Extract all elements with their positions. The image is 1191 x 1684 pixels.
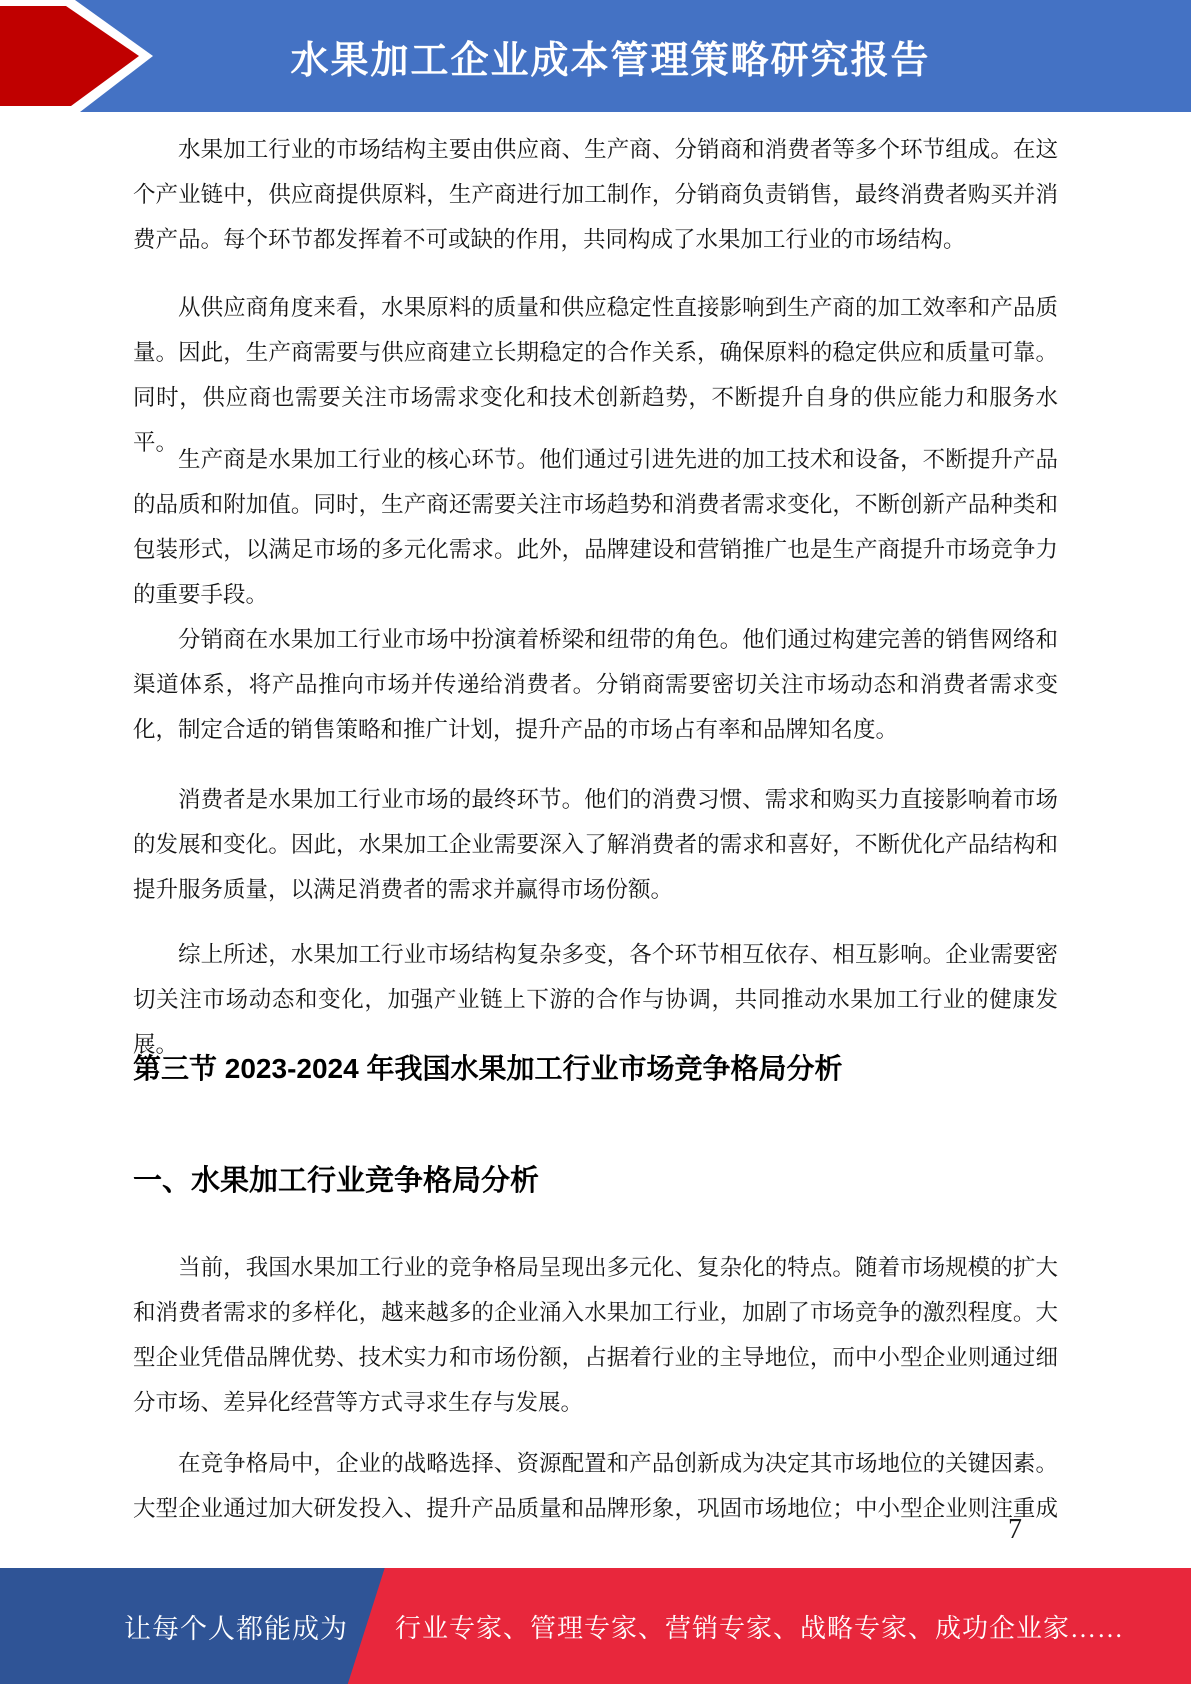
section-heading: 第三节 2023-2024 年我国水果加工行业市场竞争格局分析 <box>133 1048 1058 1090</box>
page-header: 水果加工企业成本管理策略研究报告 <box>0 0 1191 112</box>
document-page: 水果加工企业成本管理策略研究报告 水果加工行业的市场结构主要由供应商、生产商、分… <box>0 0 1191 1684</box>
subsection-heading: 一、水果加工行业竞争格局分析 <box>133 1160 1058 1202</box>
paragraph-competition-overview: 当前，我国水果加工行业的竞争格局呈现出多元化、复杂化的特点。随着市场规模的扩大和… <box>133 1245 1058 1425</box>
red-chevron-icon <box>0 0 160 112</box>
paragraph-consumer-final: 消费者是水果加工行业市场的最终环节。他们的消费习惯、需求和购买力直接影响着市场的… <box>133 777 1058 912</box>
footer-slogan-left: 让每个人都能成为 <box>0 1568 348 1684</box>
paragraph-distributor-role: 分销商在水果加工行业市场中扮演着桥梁和纽带的角色。他们通过构建完善的销售网络和渠… <box>133 617 1058 752</box>
paragraph-producer-core: 生产商是水果加工行业的核心环节。他们通过引进先进的加工技术和设备，不断提升产品的… <box>133 437 1058 617</box>
page-number: 7 <box>985 1510 1045 1550</box>
page-footer: 让每个人都能成为 行业专家、管理专家、营销专家、战略专家、成功企业家…… <box>0 1568 1191 1684</box>
footer-slogan-right: 行业专家、管理专家、营销专家、战略专家、成功企业家…… <box>395 1568 1124 1684</box>
paragraph-summary: 综上所述，水果加工行业市场结构复杂多变，各个环节相互依存、相互影响。企业需要密切… <box>133 932 1058 1067</box>
paragraph-market-structure: 水果加工行业的市场结构主要由供应商、生产商、分销商和消费者等多个环节组成。在这个… <box>133 127 1058 262</box>
paragraph-competition-factors: 在竞争格局中，企业的战略选择、资源配置和产品创新成为决定其市场地位的关键因素。大… <box>133 1441 1058 1533</box>
report-title: 水果加工企业成本管理策略研究报告 <box>260 29 930 84</box>
